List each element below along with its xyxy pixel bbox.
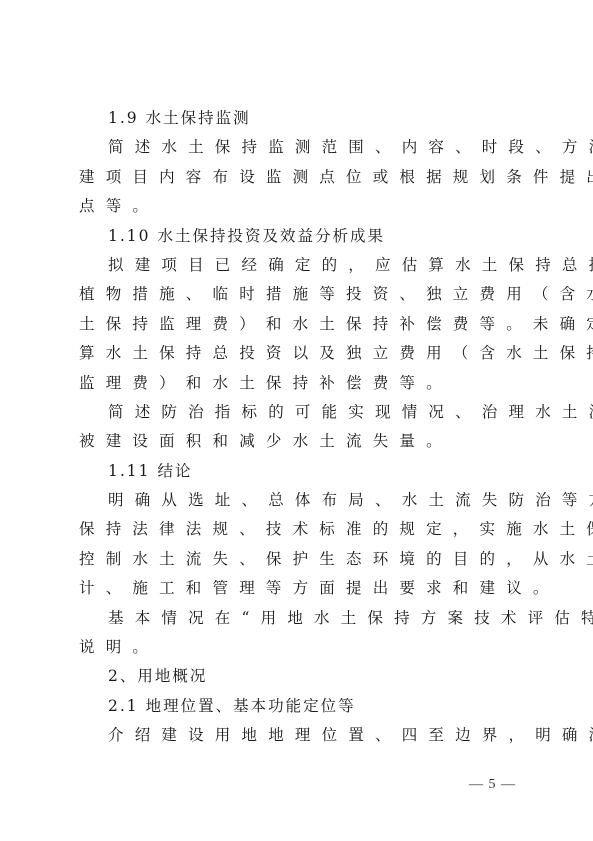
paragraph-line: 简述水土保持监测范围、内容、时段、方法等内容；根据拟 (79, 133, 524, 162)
paragraph-line: 控制水土流失、保护生态环境的目的，从水土保持角度对工程设 (79, 545, 524, 574)
paragraph-line: 明确从选址、总体布局、水土流失防治等方面是否符合水土 (79, 486, 524, 515)
paragraph-line: 介绍建设用地地理位置、四至边界，明确涉及的区、乡镇（街 (79, 721, 524, 750)
paragraph-line: 土保持监理费）和水土保持补偿费等。未确定建设内容的，应匡 (79, 310, 524, 339)
paragraph-line: 植物措施、临时措施等投资、独立费用（含水土保持监测费、水 (79, 280, 524, 309)
section-heading: 1.9 水土保持监测 (79, 104, 524, 133)
section-heading: 1.10 水土保持投资及效益分析成果 (79, 222, 524, 251)
paragraph-line: 计、施工和管理等方面提出要求和建议。 (79, 574, 524, 603)
paragraph-line: 简述防治指标的可能实现情况、治理水土流失面积、林草植 (79, 398, 524, 427)
section-heading: 2、用地概况 (79, 662, 524, 691)
paragraph-line: 建项目内容布设监测点位或根据规划条件提出注意事项和监测要 (79, 163, 524, 192)
paragraph-line: 点等。 (79, 192, 524, 221)
paragraph-line: 说明。 (79, 633, 524, 662)
paragraph-line: 保持法律法规、技术标准的规定，实施水土保持措施是否能达到 (79, 515, 524, 544)
document-body: 1.9 水土保持监测 简述水土保持监测范围、内容、时段、方法等内容；根据拟 建项… (79, 104, 524, 751)
paragraph-line: 拟建项目已经确定的，应估算水土保持总投资和工程措施、 (79, 251, 524, 280)
paragraph-line: 监理费）和水土保持补偿费等。 (79, 369, 524, 398)
page-number: — 5 — (469, 777, 516, 793)
paragraph-line: 基本情况在“用地水土保持方案技术评估特性表”（附表）中 (79, 604, 524, 633)
section-heading: 2.1 地理位置、基本功能定位等 (79, 692, 524, 721)
paragraph-line: 被建设面积和减少水土流失量。 (79, 427, 524, 456)
section-heading: 1.11 结论 (79, 457, 524, 486)
paragraph-line: 算水土保持总投资以及独立费用（含水土保持监测费、水土保持 (79, 339, 524, 368)
